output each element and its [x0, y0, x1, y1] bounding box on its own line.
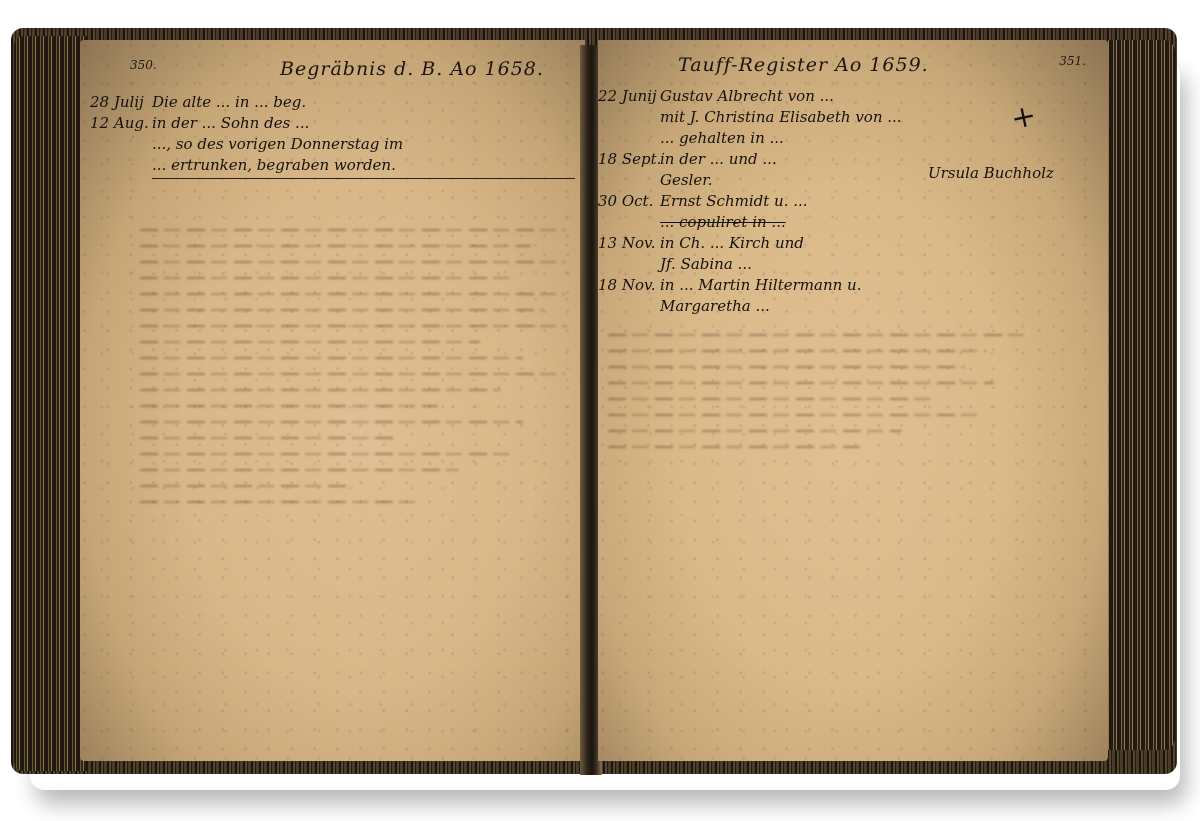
page-heading: Begräbnis d. B. Ao 1658. [280, 58, 544, 80]
page-edges-right [1103, 40, 1175, 750]
register-entry: 18 Sept. in der ... und ... [598, 149, 1098, 170]
entry-text: Jf. Sabina ... [660, 254, 1098, 275]
bleed-through-text [608, 320, 1028, 462]
entry-text: in Ch. ... Kirch und [660, 233, 1098, 254]
register-entry: 18 Nov. in ... Martin Hiltermann u. [598, 275, 1098, 296]
entry-text: in der ... Sohn des ... [152, 113, 575, 134]
entry-list: 22 Junij Gustav Albrecht von ... mit J. … [598, 86, 1098, 317]
entry-text: Ernst Schmidt u. ... [660, 191, 1098, 212]
entry-text: Margaretha ... [660, 296, 1098, 317]
entry-text: in ... Martin Hiltermann u. [660, 275, 1098, 296]
register-entry: 13 Nov. in Ch. ... Kirch und [598, 233, 1098, 254]
entry-text: in der ... und ... [660, 149, 1098, 170]
entry-date: 28 Julij [90, 92, 152, 113]
entry-date [598, 296, 660, 317]
entry-date [598, 107, 660, 128]
entry-date: 12 Aug. [90, 113, 152, 134]
entry-text: Gustav Albrecht von ... [660, 86, 1098, 107]
page-edges-left [14, 36, 88, 771]
register-entry: Gesler. [598, 170, 1098, 191]
entry-text: ... ertrunken, begraben worden. [152, 155, 575, 179]
left-page: 350. Begräbnis d. B. Ao 1658. 28 Julij D… [80, 40, 585, 761]
entry-text: ... copuliret in ... [660, 212, 1098, 233]
register-entry: 30 Oct. Ernst Schmidt u. ... [598, 191, 1098, 212]
entry-date: 13 Nov. [598, 233, 660, 254]
entry-date: 18 Nov. [598, 275, 660, 296]
register-entry: 12 Aug. in der ... Sohn des ... [90, 113, 575, 134]
entry-date: 18 Sept. [598, 149, 660, 170]
entry-text: ..., so des vorigen Donnerstag im [152, 134, 575, 155]
entry-list: 28 Julij Die alte ... in ... beg. 12 Aug… [90, 92, 575, 179]
entry-date: 30 Oct. [598, 191, 660, 212]
register-entry: Jf. Sabina ... [598, 254, 1098, 275]
entry-date [598, 128, 660, 149]
page-number: 351. [1059, 54, 1086, 68]
entry-text: Die alte ... in ... beg. [152, 92, 575, 113]
page-heading: Tauff-Register Ao 1659. [678, 54, 929, 76]
entry-date: 22 Junij [598, 86, 660, 107]
page-number: 350. [130, 58, 157, 72]
book-photo: 350. Begräbnis d. B. Ao 1658. 28 Julij D… [0, 0, 1200, 821]
entry-text: mit J. Christina Elisabeth von ... [660, 107, 1098, 128]
entry-date [598, 170, 660, 191]
register-entry: ... ertrunken, begraben worden. [90, 155, 575, 179]
register-entry: ... copuliret in ... [598, 212, 1098, 233]
bleed-through-text [140, 215, 565, 517]
entry-text: Gesler. [660, 170, 1098, 191]
entry-date [598, 212, 660, 233]
entry-text: ... gehalten in ... [660, 128, 1098, 149]
register-entry: 28 Julij Die alte ... in ... beg. [90, 92, 575, 113]
register-entry: ... gehalten in ... [598, 128, 1098, 149]
register-entry: ..., so des vorigen Donnerstag im [90, 134, 575, 155]
right-page: 351. Tauff-Register Ao 1659. + Ursula Bu… [598, 40, 1108, 761]
register-entry: 22 Junij Gustav Albrecht von ... [598, 86, 1098, 107]
register-entry: mit J. Christina Elisabeth von ... [598, 107, 1098, 128]
entry-date [90, 155, 152, 179]
entry-date [90, 134, 152, 155]
register-entry: Margaretha ... [598, 296, 1098, 317]
entry-date [598, 254, 660, 275]
